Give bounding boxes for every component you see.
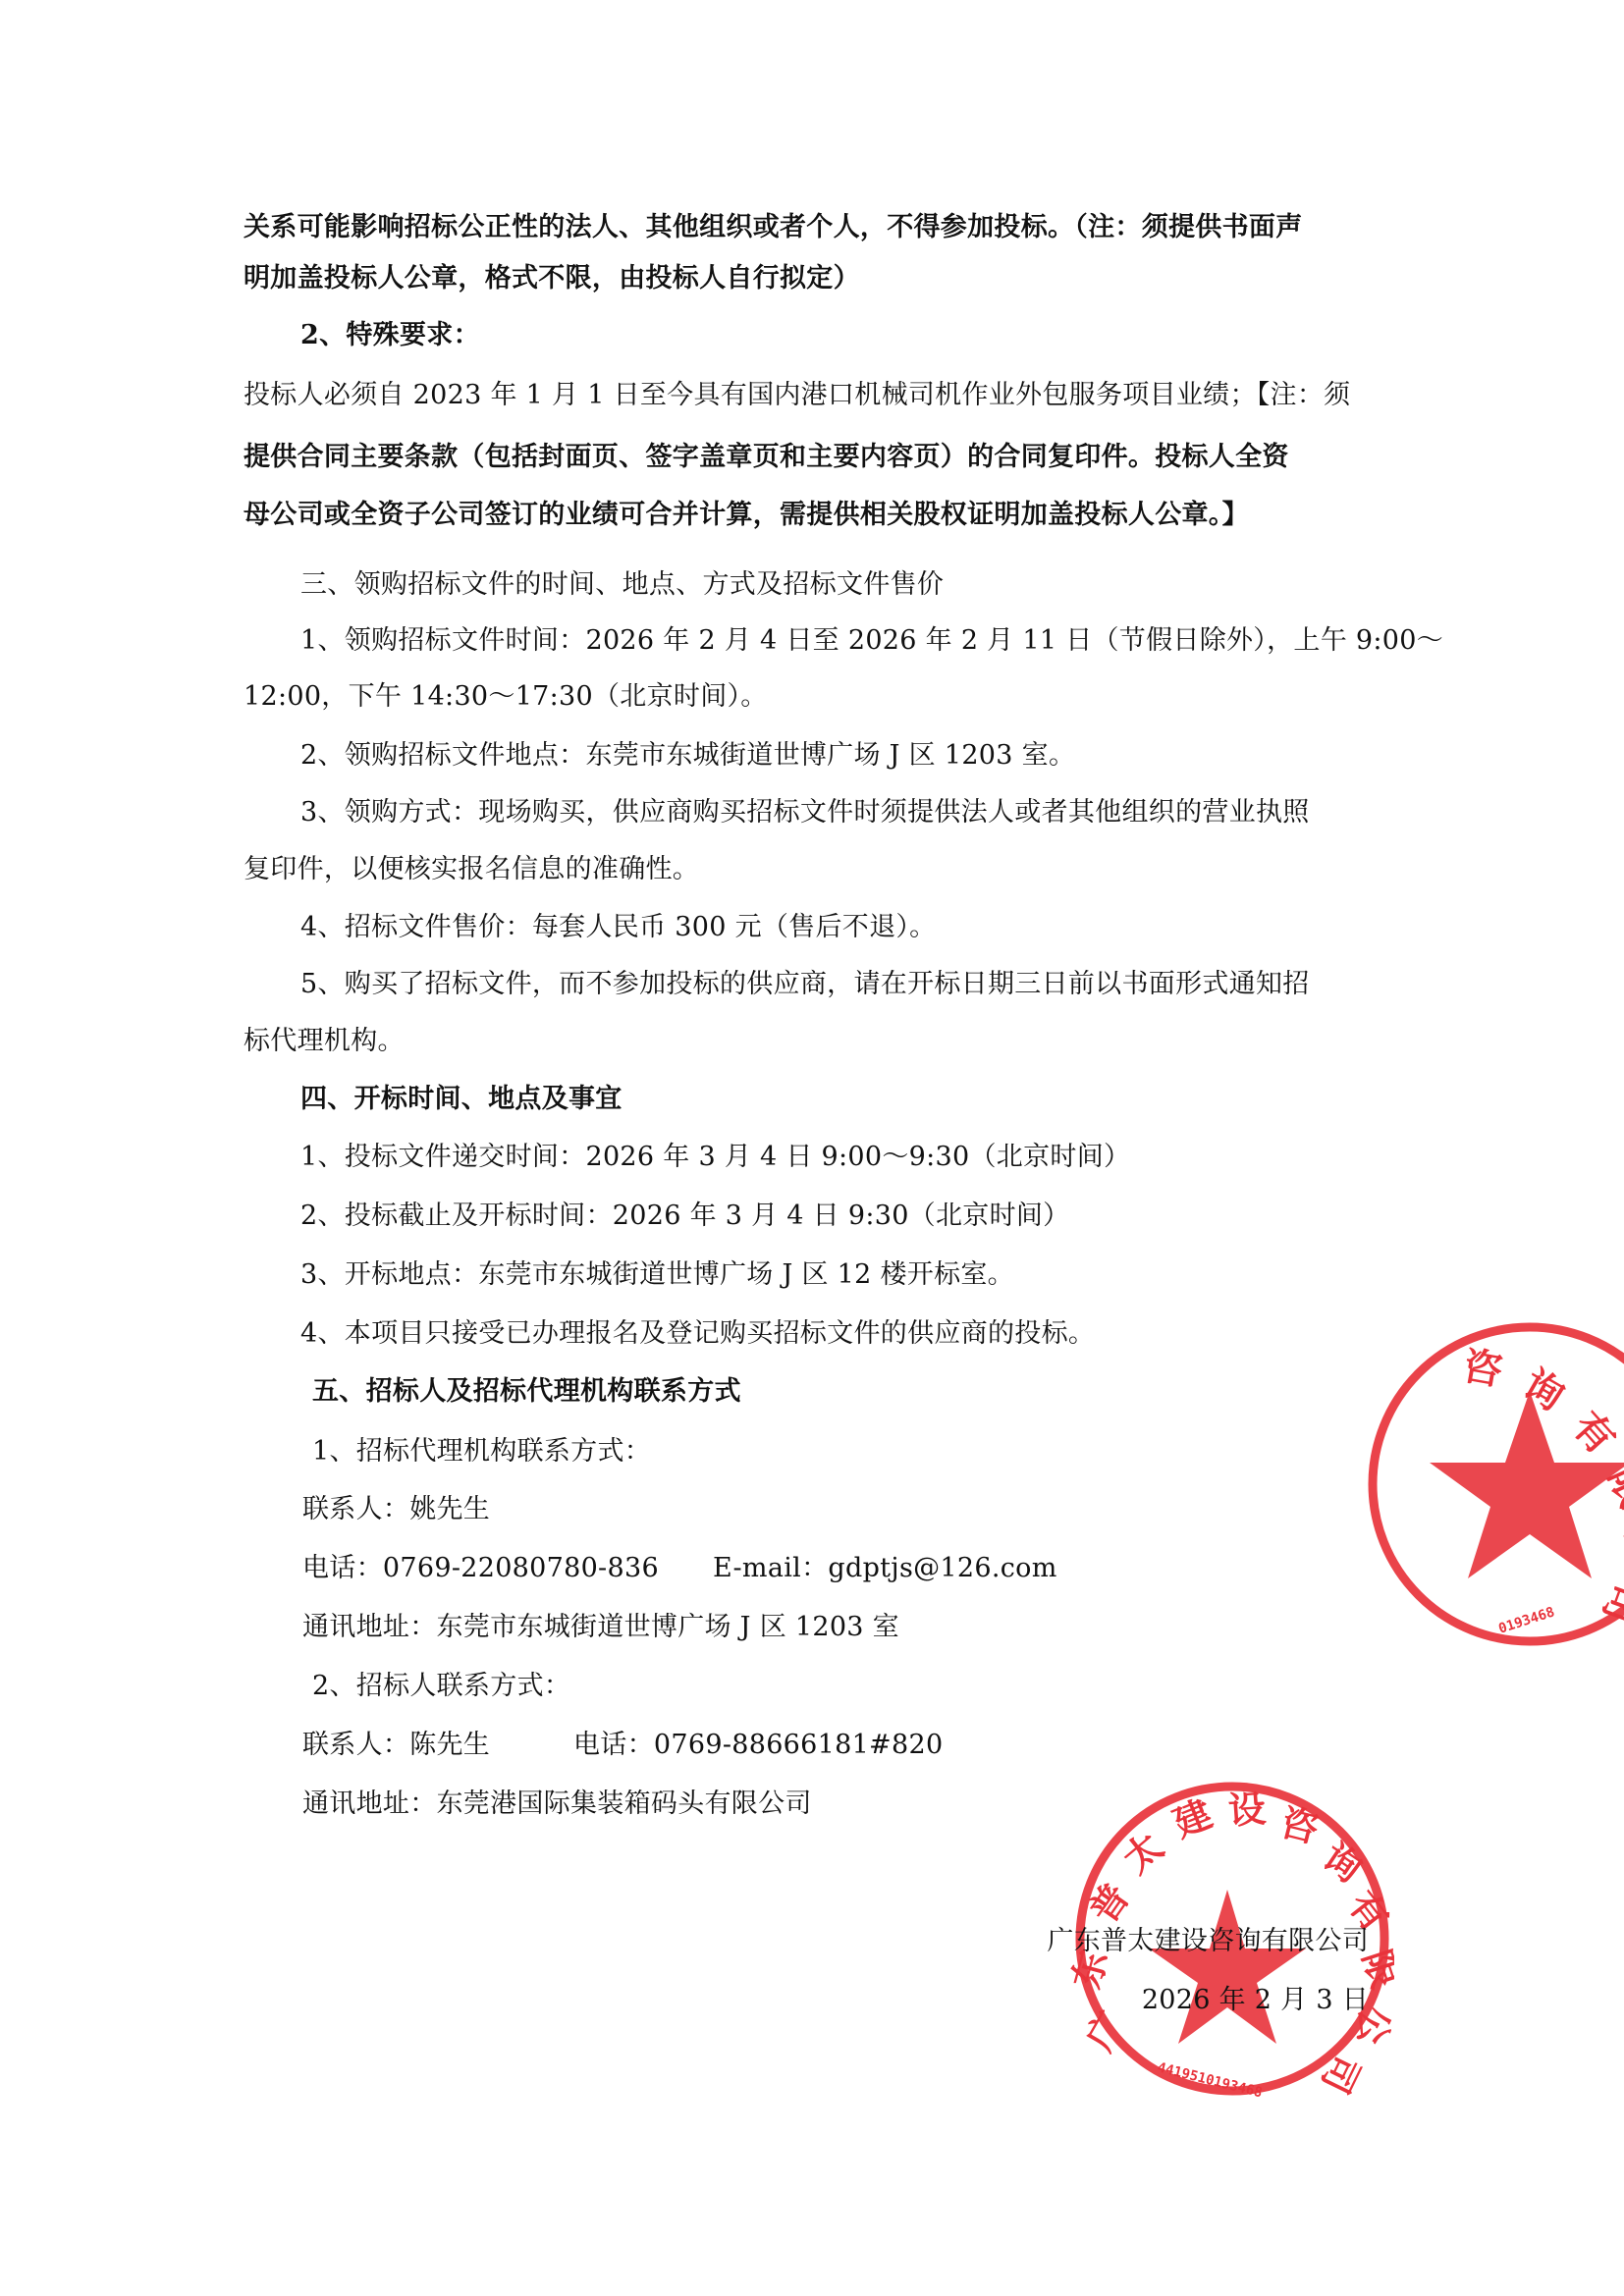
tenderer-contact-heading: 2、招标人联系方式： [312, 1667, 570, 1706]
signature-company: 广东普太建设咨询有限公司 [1047, 1922, 1369, 1961]
section3-item2: 2、领购招标文件地点：东莞市东城街道世博广场 J 区 1203 室。 [300, 736, 1075, 775]
special-requirements-line1: 投标人必须自 2023 年 1 月 1 日至今具有国内港口机械司机作业外包服务项… [244, 376, 1350, 415]
svg-text:咨: 咨 [1276, 1800, 1324, 1851]
section3-item3-line1: 3、领购方式：现场购买，供应商购买招标文件时须提供法人或者其他组织的营业执照 [300, 793, 1310, 832]
section5-heading: 五、招标人及招标代理机构联系方式 [312, 1372, 741, 1412]
svg-text:询: 询 [1515, 1362, 1572, 1420]
svg-text:建: 建 [1167, 1791, 1218, 1845]
agency-contact-heading: 1、招标代理机构联系方式： [312, 1432, 651, 1471]
section3-item3-line2: 复印件，以便核实报名信息的准确性。 [244, 850, 699, 889]
section3-item1-line2: 12:00，下午 14:30～17:30（北京时间）。 [244, 677, 768, 717]
svg-text:询: 询 [1315, 1835, 1370, 1892]
document-page: 关系可能影响招标公正性的法人、其他组织或者个人，不得参加投标。（注：须提供书面声… [0, 0, 1624, 2296]
svg-text:4419510193468: 4419510193468 [1156, 2059, 1264, 2101]
svg-text:司: 司 [1594, 1577, 1624, 1629]
special-requirements-line3: 母公司或全资子公司签订的业绩可合并计算，需提供相关股权证明加盖投标人公章。】 [244, 496, 1249, 535]
section4-heading: 四、开标时间、地点及事宜 [300, 1080, 623, 1119]
section1-text-line1: 关系可能影响招标公正性的法人、其他组织或者个人，不得参加投标。（注：须提供书面声 [244, 208, 1303, 247]
agency-contact-person: 联系人：姚先生 [302, 1490, 490, 1529]
agency-contact-email: E-mail：gdptjs@126.com [713, 1549, 1057, 1588]
svg-text:司: 司 [1313, 2048, 1368, 2100]
svg-text:广: 广 [1078, 2004, 1134, 2058]
svg-text:0193468: 0193468 [1496, 1604, 1556, 1636]
svg-text:咨: 咨 [1459, 1344, 1505, 1395]
section3-item5-line2: 标代理机构。 [244, 1022, 405, 1061]
svg-text:公: 公 [1616, 1525, 1624, 1568]
signature-date: 2026 年 2 月 3 日 [1142, 1981, 1369, 2020]
agency-contact-phone: 电话：0769-22080780-836 [302, 1549, 659, 1588]
section4-item2: 2、投标截止及开标时间：2026 年 3 月 4 日 9:30（北京时间） [300, 1197, 1069, 1236]
tenderer-contact-person: 联系人：陈先生 [302, 1726, 490, 1765]
svg-text:设: 设 [1227, 1787, 1268, 1833]
svg-text:太: 太 [1115, 1825, 1171, 1882]
svg-text:有: 有 [1564, 1404, 1624, 1464]
section3-heading: 三、领购招标文件的时间、地点、方式及招标文件售价 [300, 565, 944, 605]
section3-item1-line1: 1、领购招标文件时间：2026 年 2 月 4 日至 2026 年 2 月 11… [300, 621, 1443, 661]
section3-item4: 4、招标文件售价：每套人民币 300 元（售后不退）。 [300, 908, 936, 947]
section1-text-line2: 明加盖投标人公章，格式不限，由投标人自行拟定） [244, 259, 860, 298]
special-requirements-line2: 提供合同主要条款（包括封面页、签字盖章页和主要内容页）的合同复印件。投标人全资 [244, 438, 1289, 477]
agency-contact-address: 通讯地址：东莞市东城街道世博广场 J 区 1203 室 [302, 1608, 899, 1647]
special-requirements-heading: 2、特殊要求： [300, 316, 480, 355]
company-seal-partial: 咨 询 有 限 公 司 0193468 [1353, 1317, 1624, 1651]
tenderer-contact-phone: 电话：0769-88666181#820 [573, 1726, 943, 1765]
section4-item1: 1、投标文件递交时间：2026 年 3 月 4 日 9:00～9:30（北京时间… [300, 1138, 1130, 1177]
section4-item3: 3、开标地点：东莞市东城街道世博广场 J 区 12 楼开标室。 [300, 1255, 1014, 1295]
section3-item5-line1: 5、购买了招标文件，而不参加投标的供应商，请在开标日期三日前以书面形式通知招 [300, 965, 1310, 1004]
section4-item4: 4、本项目只接受已办理报名及登记购买招标文件的供应商的投标。 [300, 1314, 1095, 1354]
tenderer-contact-address: 通讯地址：东莞港国际集装箱码头有限公司 [302, 1785, 812, 1824]
svg-text:限: 限 [1599, 1460, 1624, 1514]
